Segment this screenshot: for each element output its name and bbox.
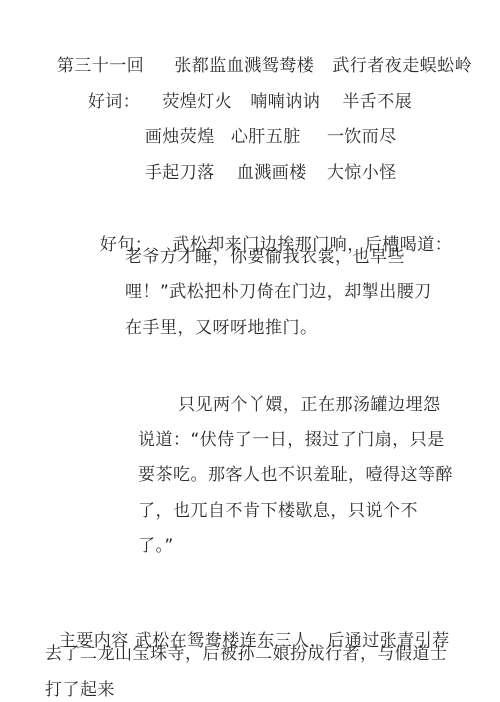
passage2-line-1: 只见两个丫嬛，正在那汤罐边埋怨 — [178, 394, 441, 416]
good-word: 手起刀落 — [145, 163, 215, 183]
good-word: 血溅画楼 — [237, 163, 307, 183]
passage1-line-2: 老爷方才睡，你要偷我衣裳，也早些 — [125, 246, 405, 268]
passage1-line-3: 哩！”武松把朴刀倚在门边，却掣出腰刀 — [125, 281, 432, 303]
good-word: 大惊小怪 — [327, 163, 397, 183]
passage2-line-4: 了，也兀自不肯下楼歇息，只说个不 — [138, 500, 418, 522]
good-words-row-3: 手起刀落血溅画楼大惊小怪 — [133, 140, 397, 184]
passage2-line-3: 要茶吃。那客人也不识羞耻，噎得这等醉 — [138, 464, 453, 486]
summary-line-3: 打了起来 — [45, 679, 115, 701]
passage1-line-4: 在手里，又呀呀地推门。 — [125, 317, 318, 339]
passage2-line-2: 说道：“伏侍了一日，掇过了门扇，只是 — [138, 429, 445, 451]
passage2-line-5: 了。” — [138, 535, 174, 557]
summary-line-2: 去了二龙山宝珠寺，后被孙二娘扮成行者，与假道士 — [45, 643, 448, 665]
